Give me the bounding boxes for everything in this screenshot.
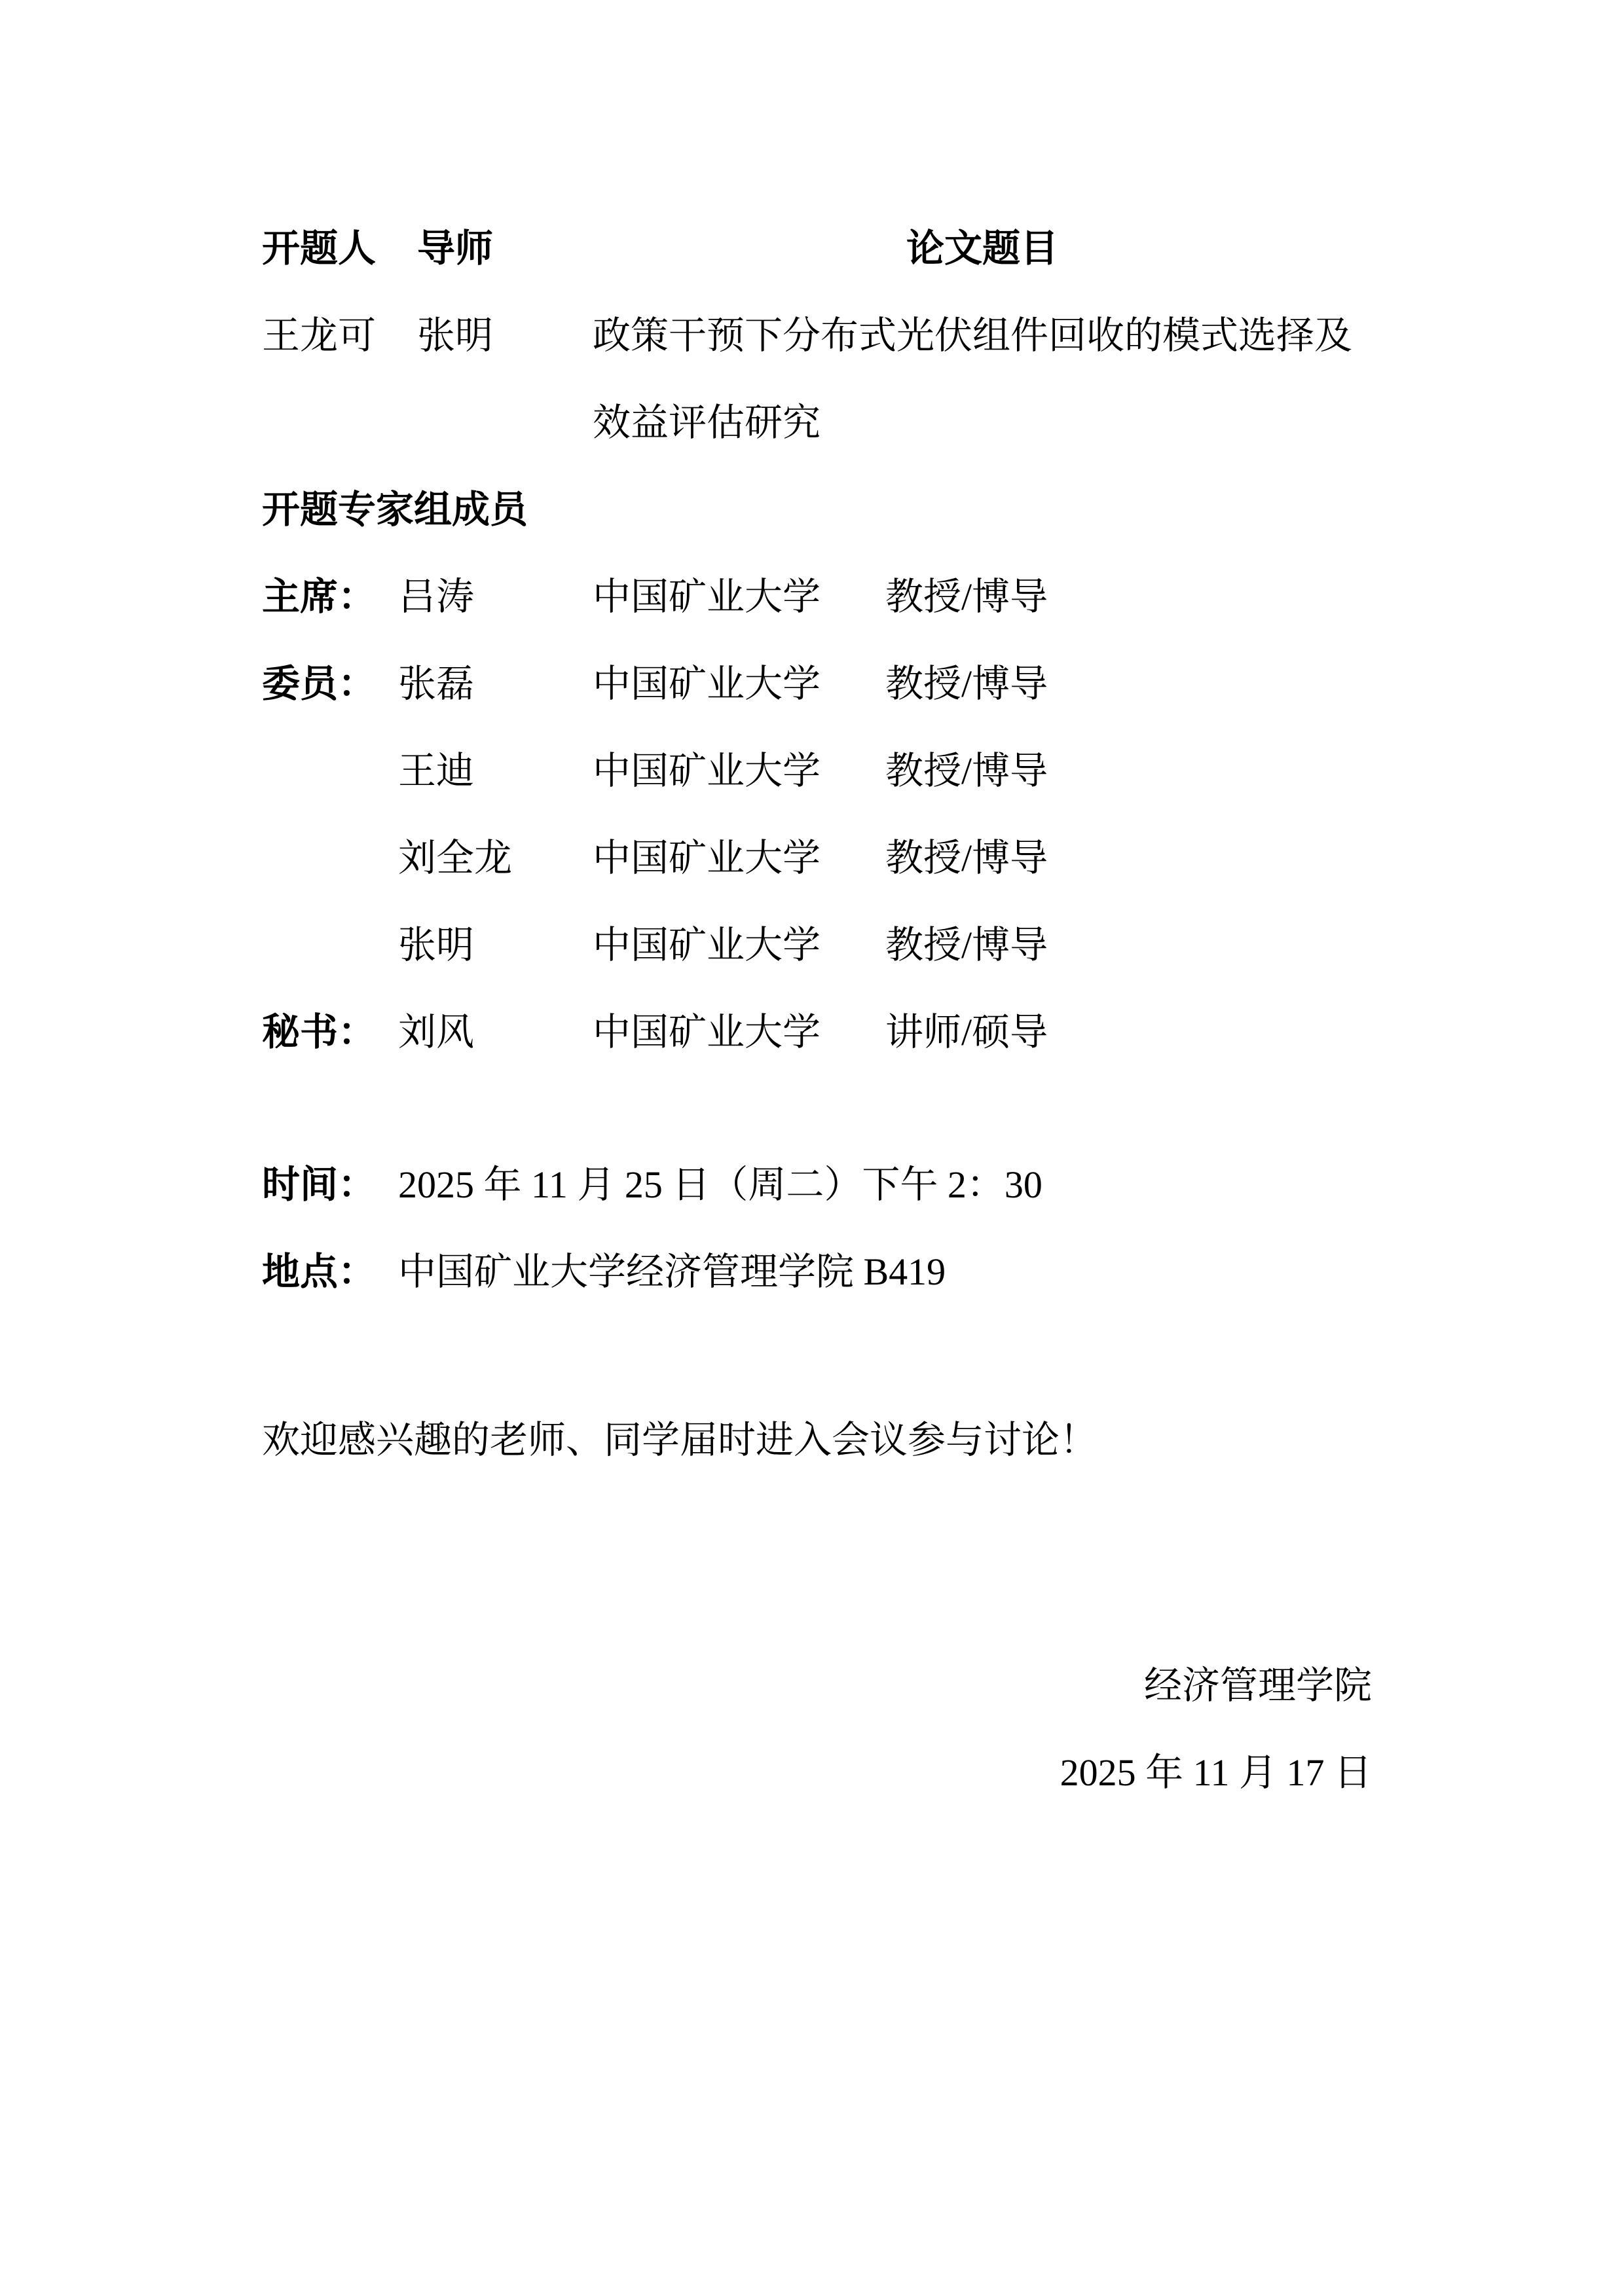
member-affiliation: 中国矿业大学: [593, 902, 885, 989]
signature-department: 经济管理学院: [262, 1642, 1372, 1729]
proposer-header: 开题人: [262, 205, 417, 292]
member-title: 教授/博导: [885, 640, 1372, 727]
meeting-time-row: 时间： 2025 年 11 月 25 日（周二）下午 2：30: [262, 1141, 1372, 1228]
member-role: 委员：: [262, 640, 398, 727]
member-role: [262, 727, 398, 814]
member-affiliation: 中国矿业大学: [593, 727, 885, 814]
member-affiliation: 中国矿业大学: [593, 814, 885, 902]
proposal-data-row: 王龙可 张明 政策干预下分布式光伏组件回收的模式选择及 效益评估研究: [262, 292, 1372, 466]
table-row: 秘书： 刘风 中国矿业大学 讲师/硕导: [262, 989, 1372, 1076]
member-role: [262, 902, 398, 989]
thesis-title: 政策干预下分布式光伏组件回收的模式选择及 效益评估研究: [593, 292, 1372, 466]
member-name: 张明: [398, 902, 593, 989]
member-name: 刘风: [398, 989, 593, 1076]
member-title: 教授/博导: [885, 727, 1372, 814]
thesis-title-line2: 效益评估研究: [593, 379, 1372, 466]
time-value: 2025 年 11 月 25 日（周二）下午 2：30: [398, 1141, 1372, 1228]
table-row: 主席： 吕涛 中国矿业大学 教授/博导: [262, 553, 1372, 640]
thesis-title-header: 论文题目: [593, 205, 1372, 292]
time-label: 时间：: [262, 1141, 398, 1228]
document-content: 开题人 导师 论文题目 王龙可 张明 政策干预下分布式光伏组件回收的模式选择及 …: [262, 205, 1372, 1816]
proposal-header-row: 开题人 导师 论文题目: [262, 205, 1372, 292]
member-affiliation: 中国矿业大学: [593, 640, 885, 727]
table-row: 王迪 中国矿业大学 教授/博导: [262, 727, 1372, 814]
table-row: 刘全龙 中国矿业大学 教授/博导: [262, 814, 1372, 902]
welcome-message: 欢迎感兴趣的老师、同学届时进入会议参与讨论！: [262, 1396, 1372, 1484]
advisor-header: 导师: [417, 205, 593, 292]
member-name: 吕涛: [398, 553, 593, 640]
member-affiliation: 中国矿业大学: [593, 989, 885, 1076]
member-title: 教授/博导: [885, 902, 1372, 989]
member-title: 教授/博导: [885, 553, 1372, 640]
member-name: 刘全龙: [398, 814, 593, 902]
table-row: 委员： 张磊 中国矿业大学 教授/博导: [262, 640, 1372, 727]
member-role: 秘书：: [262, 989, 398, 1076]
proposer-name: 王龙可: [262, 292, 417, 466]
member-role: [262, 814, 398, 902]
member-name: 张磊: [398, 640, 593, 727]
document-page: 开题人 导师 论文题目 王龙可 张明 政策干预下分布式光伏组件回收的模式选择及 …: [0, 0, 1624, 2296]
location-label: 地点：: [262, 1228, 398, 1315]
meeting-location-row: 地点： 中国矿业大学经济管理学院 B419: [262, 1228, 1372, 1315]
member-name: 王迪: [398, 727, 593, 814]
table-row: 张明 中国矿业大学 教授/博导: [262, 902, 1372, 989]
thesis-title-line1: 政策干预下分布式光伏组件回收的模式选择及: [593, 292, 1372, 379]
advisor-name: 张明: [417, 292, 593, 466]
member-title: 教授/博导: [885, 814, 1372, 902]
member-title: 讲师/硕导: [885, 989, 1372, 1076]
member-affiliation: 中国矿业大学: [593, 553, 885, 640]
member-role: 主席：: [262, 553, 398, 640]
signature-date: 2025 年 11 月 17 日: [262, 1729, 1372, 1816]
location-value: 中国矿业大学经济管理学院 B419: [398, 1228, 1372, 1315]
committee-section-title: 开题专家组成员: [262, 466, 1372, 553]
